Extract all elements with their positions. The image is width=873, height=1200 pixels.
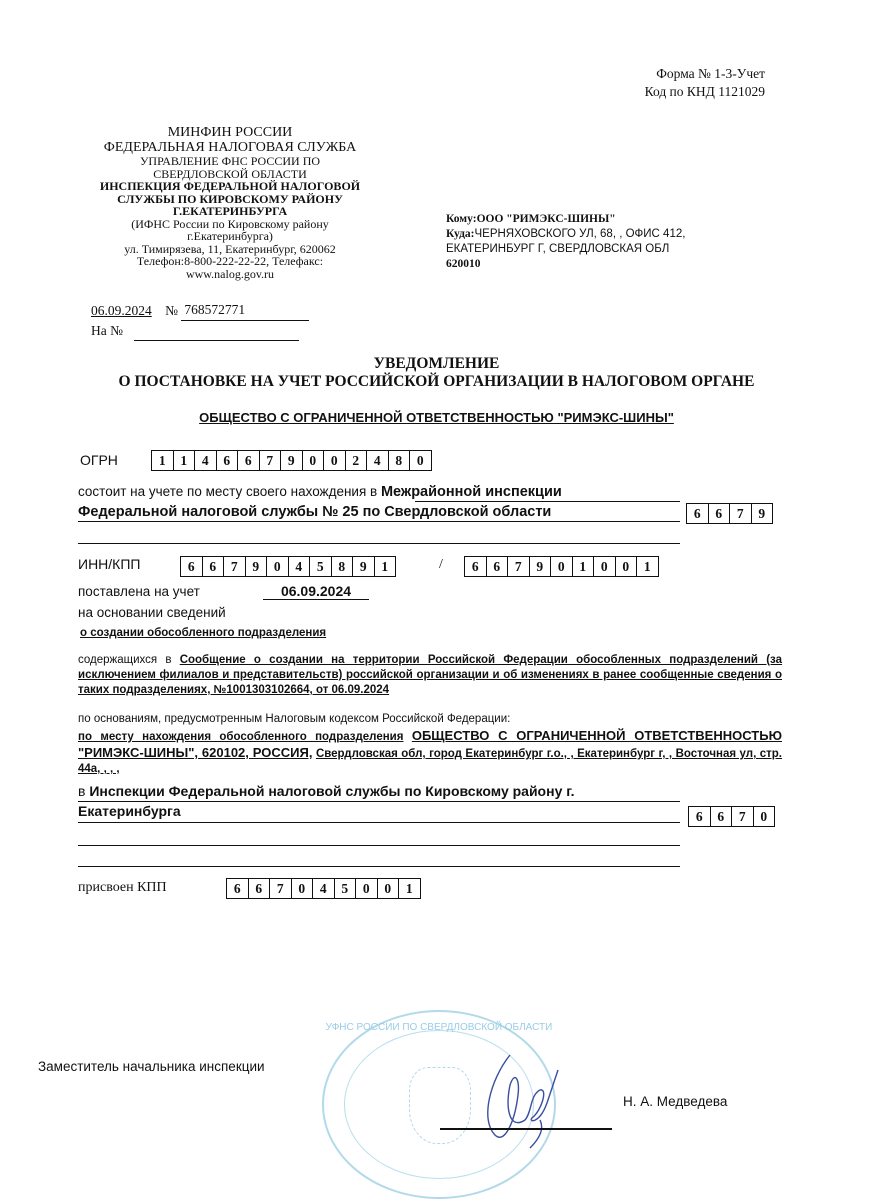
assigned-kpp-boxes: 667045001 — [226, 878, 421, 899]
inn-digit: 0 — [267, 557, 289, 576]
authority-code-digit: 6 — [709, 504, 731, 523]
kpp-digit: 1 — [573, 557, 595, 576]
issuer-line: www.nalog.gov.ru — [80, 268, 380, 281]
assigned-kpp-digit: 0 — [378, 879, 400, 898]
inn-digit: 4 — [289, 557, 311, 576]
issuer-line: МИНФИН РОССИИ — [80, 126, 380, 140]
to-value: ООО "РИМЭКС-ШИНЫ" — [477, 213, 616, 225]
ogrn-digit: 0 — [410, 451, 431, 470]
inn-kpp-label: ИНН/КПП — [78, 556, 140, 572]
kpp-digit: 6 — [465, 557, 487, 576]
grounds-intro: по основаниям, предусмотренным Налоговым… — [78, 713, 510, 725]
contained-prefix: содержащихся в — [78, 654, 171, 666]
issuer-line: г.Екатеринбурга) — [80, 230, 380, 243]
ogrn-digit: 0 — [303, 451, 325, 470]
assigned-kpp-digit: 7 — [270, 879, 292, 898]
issuer-line: УПРАВЛЕНИЕ ФНС РОССИИ ПО — [80, 155, 380, 168]
basis-value: о создании обособленного подразделения — [80, 627, 326, 639]
registered-at: состоит на учете по месту своего нахожде… — [78, 484, 562, 500]
assigned-kpp-digit: 0 — [292, 879, 314, 898]
ogrn-digit: 0 — [324, 451, 346, 470]
assigned-kpp-label: присвоен КПП — [78, 880, 167, 896]
inn-digit: 9 — [353, 557, 375, 576]
address-line: ЧЕРНЯХОВСКОГО УЛ, 68, , ОФИС 412, — [474, 228, 685, 240]
underline — [78, 801, 680, 802]
grounds-text: по месту нахождения обособленного подраз… — [78, 728, 782, 777]
assigned-kpp-digit: 1 — [399, 879, 420, 898]
issuer-line: Телефон:8-800-222-22-22, Телефакс: — [80, 255, 380, 268]
inspection-code-digit: 0 — [754, 807, 775, 826]
issuer-line: ФЕДЕРАЛЬНАЯ НАЛОГОВАЯ СЛУЖБА — [80, 140, 380, 155]
signature-icon — [470, 1040, 570, 1150]
kpp-digit: 9 — [530, 557, 552, 576]
kpp-digit: 7 — [508, 557, 530, 576]
inn-kpp-separator: / — [439, 557, 443, 573]
ogrn-boxes: 1146679002480 — [151, 450, 432, 471]
ogrn-digit: 1 — [152, 451, 174, 470]
inn-digit: 9 — [246, 557, 268, 576]
knd-code: Код по КНД 1121029 — [645, 83, 765, 101]
reply-to-label: На № — [91, 323, 123, 338]
title-line2: О ПОСТАНОВКЕ НА УЧЕТ РОССИЙСКОЙ ОРГАНИЗА… — [0, 373, 873, 391]
coat-of-arms-icon — [409, 1067, 471, 1144]
underline — [78, 845, 680, 846]
issuer-line: ИНСПЕКЦИЯ ФЕДЕРАЛЬНОЙ НАЛОГОВОЙ — [80, 180, 380, 193]
registration-date: 06.09.2024 — [263, 583, 369, 600]
signatory-position: Заместитель начальника инспекции — [38, 1059, 265, 1074]
recipient-block: Кому:ООО "РИМЭКС-ШИНЫ" Куда:ЧЕРНЯХОВСКОГ… — [446, 212, 685, 272]
stamp-text: УФНС РОССИИ ПО СВЕРДЛОВСКОЙ ОБЛАСТИ — [324, 1022, 554, 1033]
ogrn-digit: 7 — [260, 451, 282, 470]
registered-prefix: состоит на учете по месту своего нахожде… — [78, 484, 377, 499]
kpp-digit: 0 — [616, 557, 638, 576]
source-document: Сообщение о создании на территории Росси… — [78, 654, 782, 696]
ogrn-digit: 9 — [281, 451, 303, 470]
inn-digit: 5 — [310, 557, 332, 576]
contained-in: содержащихся в Сообщение о создании на т… — [78, 653, 782, 698]
inn-digit: 8 — [332, 557, 354, 576]
inspection-name: Инспекции Федеральной налоговой службы п… — [89, 783, 574, 799]
inn-digit: 7 — [224, 557, 246, 576]
kpp-boxes: 667901001 — [464, 556, 659, 577]
underline — [415, 501, 680, 502]
ogrn-label: ОГРН — [80, 452, 118, 468]
kpp-digit: 0 — [551, 557, 573, 576]
inn-digit: 6 — [203, 557, 225, 576]
authority-code-digit: 7 — [730, 504, 752, 523]
inspection-line1: в Инспекции Федеральной налоговой службы… — [78, 783, 575, 799]
document-number: 768572771 — [181, 300, 309, 321]
underline — [78, 866, 680, 867]
underline — [78, 543, 680, 544]
grounds-part1: по месту нахождения обособленного подраз… — [78, 731, 403, 743]
issuer-block: МИНФИН РОССИИ ФЕДЕРАЛЬНАЯ НАЛОГОВАЯ СЛУЖ… — [80, 126, 380, 280]
underline — [78, 822, 680, 823]
title-line1: УВЕДОМЛЕНИЕ — [0, 355, 873, 373]
assigned-kpp-digit: 6 — [249, 879, 271, 898]
kpp-digit: 6 — [487, 557, 509, 576]
ogrn-digit: 4 — [195, 451, 217, 470]
basis-label: на основании сведений — [78, 605, 226, 620]
ogrn-digit: 2 — [346, 451, 368, 470]
ogrn-digit: 8 — [389, 451, 411, 470]
underline — [78, 521, 680, 522]
authority-line1: Межрайонной инспекции — [381, 484, 562, 500]
ogrn-digit: 4 — [367, 451, 389, 470]
reply-to-field — [134, 326, 299, 341]
authority-code-boxes: 6679 — [686, 503, 773, 524]
form-number: Форма № 1-3-Учет — [645, 65, 765, 83]
ogrn-digit: 6 — [238, 451, 260, 470]
number-label: № — [165, 303, 178, 318]
form-identifier: Форма № 1-3-Учет Код по КНД 1121029 — [645, 65, 765, 101]
registered-label: поставлена на учет — [78, 584, 200, 599]
address-line: ЕКАТЕРИНБУРГ Г, СВЕРДЛОВСКАЯ ОБЛ — [446, 242, 685, 257]
issuer-line: Г.ЕКАТЕРИНБУРГА — [80, 205, 380, 218]
document-date: 06.09.2024 — [91, 303, 152, 318]
inspection-code-digit: 7 — [732, 807, 754, 826]
inspection-code-digit: 6 — [711, 807, 733, 826]
ogrn-digit: 1 — [174, 451, 196, 470]
kpp-digit: 0 — [594, 557, 616, 576]
organization-name: ОБЩЕСТВО С ОГРАНИЧЕННОЙ ОТВЕТСТВЕННОСТЬЮ… — [0, 410, 873, 425]
signature-line — [440, 1128, 612, 1130]
inn-boxes: 6679045891 — [180, 556, 396, 577]
signatory-name: Н. А. Медведева — [623, 1094, 727, 1109]
inspection-code-boxes: 6670 — [688, 806, 775, 827]
inn-digit: 6 — [181, 557, 203, 576]
authority-line2: Федеральной налоговой службы № 25 по Све… — [78, 504, 551, 520]
to-label: Кому: — [446, 213, 477, 225]
assigned-kpp-digit: 5 — [335, 879, 357, 898]
inspection-code-digit: 6 — [689, 807, 711, 826]
kpp-digit: 1 — [637, 557, 658, 576]
where-label: Куда: — [446, 228, 474, 240]
assigned-kpp-digit: 0 — [356, 879, 378, 898]
reference-block: 06.09.2024 № 768572771 На № — [91, 300, 309, 341]
assigned-kpp-digit: 6 — [227, 879, 249, 898]
postcode: 620010 — [446, 258, 481, 270]
ogrn-digit: 6 — [217, 451, 239, 470]
inspection-line2: Екатеринбурга — [78, 803, 181, 819]
inn-digit: 1 — [375, 557, 396, 576]
inspection-prefix: в — [78, 783, 85, 799]
assigned-kpp-digit: 4 — [313, 879, 335, 898]
document-title: УВЕДОМЛЕНИЕ О ПОСТАНОВКЕ НА УЧЕТ РОССИЙС… — [0, 355, 873, 391]
authority-code-digit: 6 — [687, 504, 709, 523]
authority-code-digit: 9 — [752, 504, 773, 523]
